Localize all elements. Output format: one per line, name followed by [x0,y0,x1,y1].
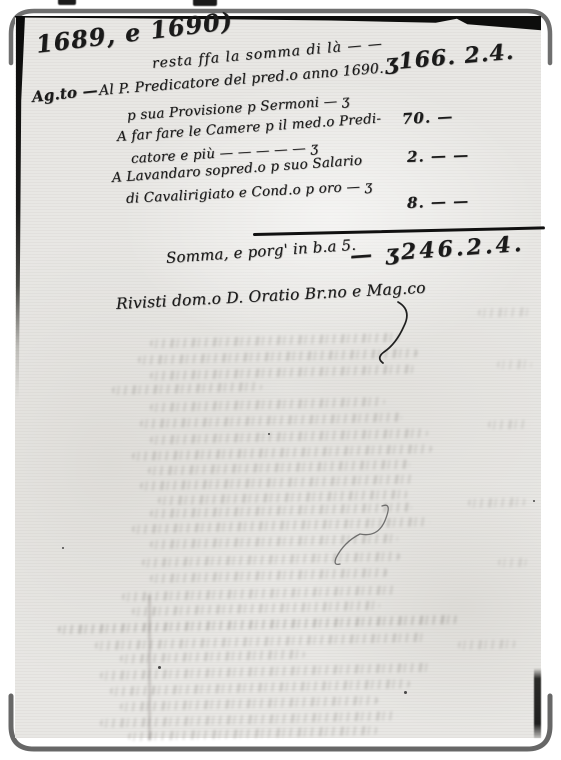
ink-speck [268,433,270,435]
ink-decorations [0,0,561,760]
ink-speck [404,691,407,694]
stray-ink-squiggle [335,505,388,564]
signature-flourish [380,302,407,363]
ink-speck [158,666,161,669]
screenshot-canvas: 1689, e 1690) resta ffa la somma di là —… [0,0,561,760]
ink-speck [533,500,535,502]
ink-speck [62,547,64,549]
